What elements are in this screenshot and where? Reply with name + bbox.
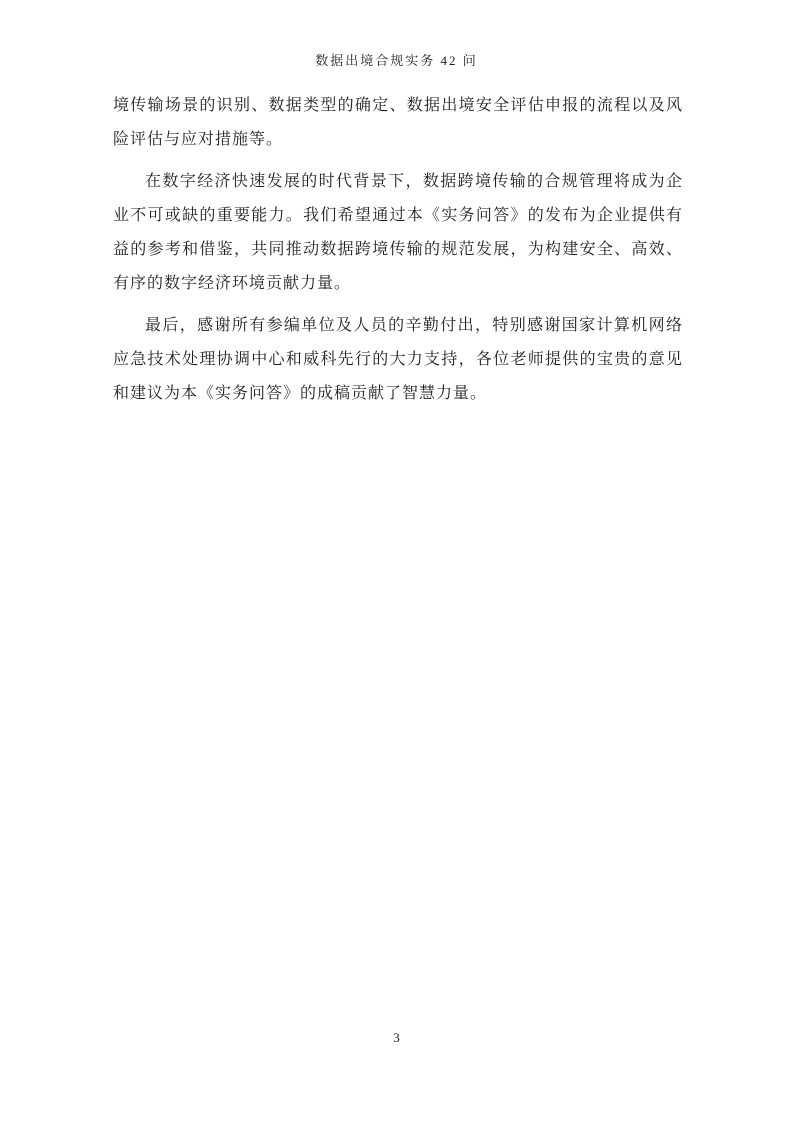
running-header: 数据出境合规实务 42 问 (0, 50, 793, 69)
paragraph: 境传输场景的识别、数据类型的确定、数据出境安全评估申报的流程以及风险评估与应对措… (113, 89, 683, 157)
document-page: 数据出境合规实务 42 问 境传输场景的识别、数据类型的确定、数据出境安全评估申… (0, 0, 793, 1122)
paragraph: 在数字经济快速发展的时代背景下，数据跨境传输的合规管理将成为企业不可或缺的重要能… (113, 165, 683, 301)
paragraph: 最后，感谢所有参编单位及人员的辛勤付出，特别感谢国家计算机网络应急技术处理协调中… (113, 309, 683, 411)
page-body: 境传输场景的识别、数据类型的确定、数据出境安全评估申报的流程以及风险评估与应对措… (113, 89, 683, 411)
page-number: 3 (0, 1030, 793, 1046)
